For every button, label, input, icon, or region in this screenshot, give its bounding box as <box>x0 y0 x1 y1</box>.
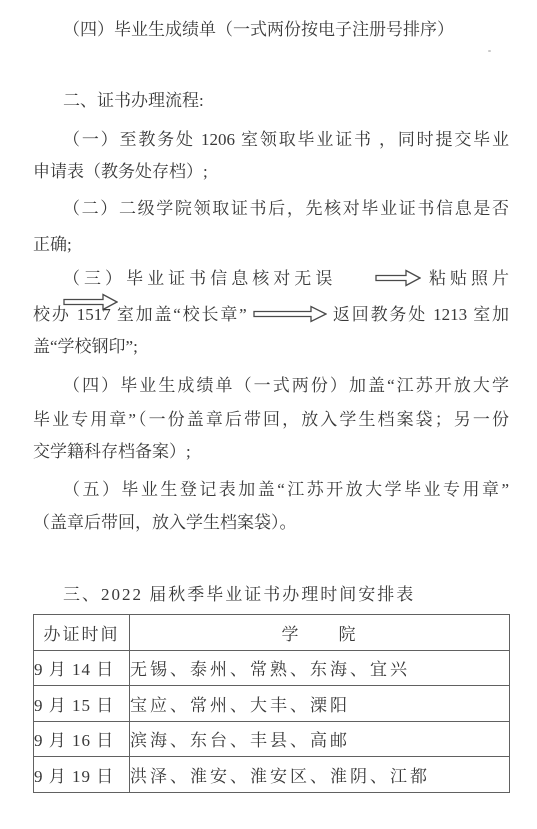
flow-arrow-right-icon <box>345 269 421 287</box>
cell-date: 9 月 15 日 <box>34 686 130 722</box>
flow-arrow-right-icon <box>253 305 327 323</box>
text-line: 盖“学校钢印”; <box>33 335 509 359</box>
cell-colleges: 洪泽、淮安、淮安区、淮阴、江都 <box>130 757 510 793</box>
text-line: 毕业专用章”（一份盖章后带回，放入学生档案袋；另一份 <box>33 408 509 432</box>
table-header-row: 办证时间 学 院 <box>34 615 510 651</box>
cell-colleges: 滨海、东台、丰县、高邮 <box>130 721 510 757</box>
flow-step-text: 返回教务处 1213 室加 <box>333 305 509 324</box>
cell-date: 9 月 16 日 <box>34 721 130 757</box>
cell-colleges: 无锡、泰州、常熟、东海、宜兴 <box>130 650 510 686</box>
flow-step-text: 粘贴照片 <box>429 269 509 288</box>
text-line: 申请表（教务处存档）; <box>33 160 509 184</box>
header-cell-time: 办证时间 <box>34 615 130 651</box>
text-line-flow-2: 校办 1517 室加盖“校长章” 返回教务处 1213 室加 <box>33 303 509 327</box>
cell-date: 9 月 19 日 <box>34 757 130 793</box>
text-line: 交学籍科存档备案）; <box>33 440 509 464</box>
cell-colleges: 宝应、常州、大丰、溧阳 <box>130 686 510 722</box>
table-row: 9 月 16 日 滨海、东台、丰县、高邮 <box>34 721 510 757</box>
text-line: （二）二级学院领取证书后，先核对毕业证书信息是否 <box>33 197 509 221</box>
section2-heading: 二、证书办理流程: <box>33 89 509 113</box>
text-line: （盖章后带回，放入学生档案袋）。 <box>33 511 509 535</box>
text-line-item4-top: （四）毕业生成绩单（一式两份按电子注册号排序） <box>33 18 509 42</box>
text-line: 正确; <box>33 233 509 257</box>
scanned-document-page: （四）毕业生成绩单（一式两份按电子注册号排序） 二、证书办理流程: （一）至教务… <box>0 0 537 829</box>
text-line: （一）至教务处 1206 室领取毕业证书 ，同时提交毕业 <box>33 128 509 152</box>
schedule-table: 办证时间 学 院 9 月 14 日 无锡、泰州、常熟、东海、宜兴 9 月 15 … <box>33 614 510 793</box>
scan-noise-speck <box>488 50 491 52</box>
flow-step-text: 校办 1517 室加盖“校长章” <box>33 305 247 324</box>
flow-step-text: （三）毕业证书信息核对无误 <box>63 269 336 288</box>
table-row: 9 月 19 日 洪泽、淮安、淮安区、淮阴、江都 <box>34 757 510 793</box>
text-line: （四）毕业生成绩单（一式两份）加盖“江苏开放大学 <box>33 374 509 398</box>
cell-date: 9 月 14 日 <box>34 650 130 686</box>
table-row: 9 月 15 日 宝应、常州、大丰、溧阳 <box>34 686 510 722</box>
section3-heading: 三、2022 届秋季毕业证书办理时间安排表 <box>33 583 509 607</box>
header-cell-college: 学 院 <box>130 615 510 651</box>
text-line: （五）毕业生登记表加盖“江苏开放大学毕业专用章” <box>33 478 509 502</box>
table-row: 9 月 14 日 无锡、泰州、常熟、东海、宜兴 <box>34 650 510 686</box>
